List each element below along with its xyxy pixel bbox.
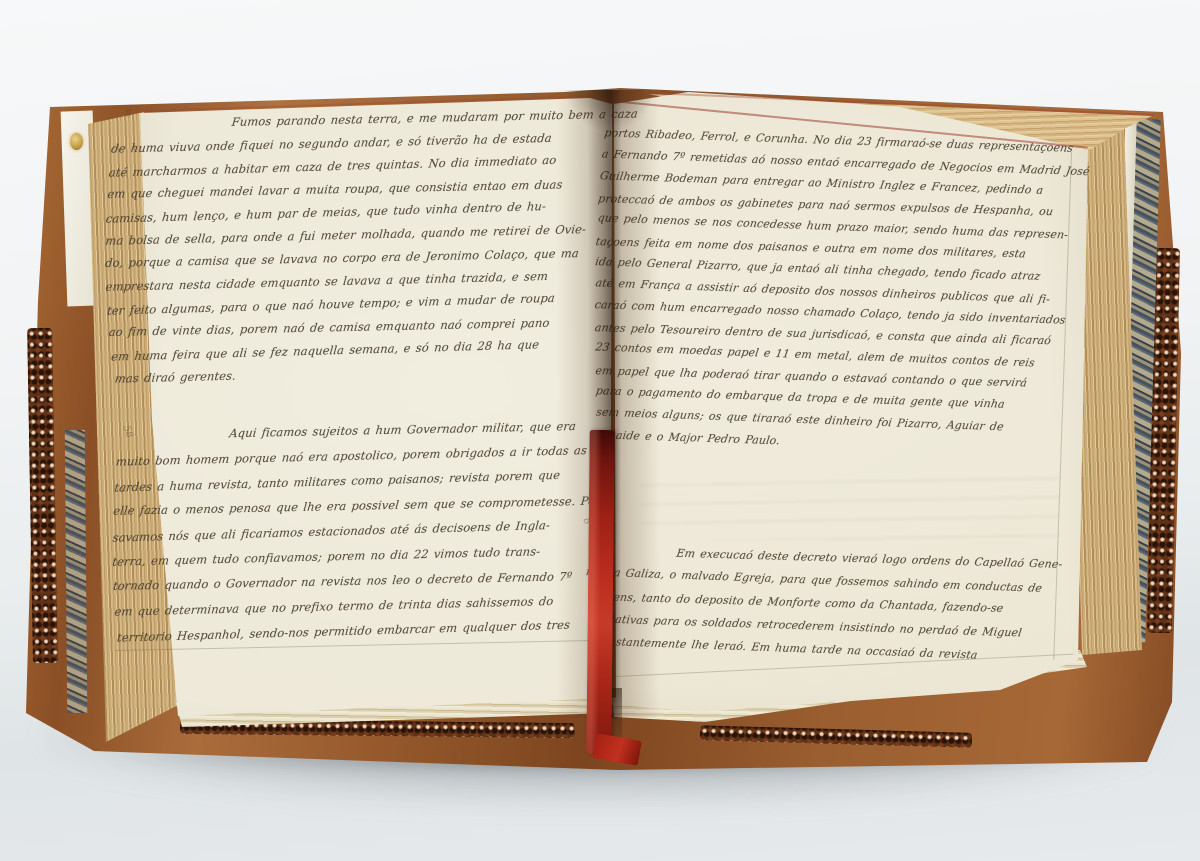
handwritten-line: elle fazia o menos penosa que lhe era po… xyxy=(113,493,608,517)
handwritten-line: Aqui ficamos sujeitos a hum Governador m… xyxy=(229,419,577,440)
handwritten-line: em que cheguei mandei lavar a muita roup… xyxy=(107,177,563,201)
handwritten-line: mas diraó gerentes. xyxy=(114,369,236,386)
marbled-endpaper-left xyxy=(65,430,87,713)
handwritten-line: Em execucaó deste decreto vieraó logo or… xyxy=(676,547,1064,571)
handwritten-line: muito bom homem porque naó era apostolic… xyxy=(115,443,587,469)
photo-background: 8 58 Fumos parando nesta terra, e me mud… xyxy=(0,0,1200,861)
handwritten-line: de huma viuva onde fiquei no segundo and… xyxy=(111,131,553,156)
handwritten-line: ao fim de vinte dias, porem naó de camis… xyxy=(108,316,550,339)
handwritten-line: tornado quando o Governador na revista n… xyxy=(112,569,573,593)
handwritten-line: em huma feira que ali se fez naquella se… xyxy=(111,337,540,363)
margin-mark: 58 xyxy=(120,424,135,440)
margin-mark: 8 xyxy=(124,108,132,120)
bookmark-ribbon xyxy=(586,430,614,754)
handwritten-line: ma bolsa de sella, para onde a fui meter… xyxy=(105,222,587,248)
handwritten-line: emprestara nesta cidade emquanto se lava… xyxy=(105,269,549,294)
handwritten-line: territorio Hespanhol, sendo-nos permitid… xyxy=(116,618,570,645)
handwritten-line: ter feito algumas, para o que naó houve … xyxy=(106,291,555,318)
handwritten-line: em que determinava que no prefixo termo … xyxy=(114,594,554,619)
handwritten-line: terra, em quem tudo confiavamos; porem n… xyxy=(112,544,541,568)
handwritten-line: tardes a huma revista, tanto militares c… xyxy=(114,468,561,495)
handwritten-line: do, porque a camisa que se lavava no cor… xyxy=(104,246,579,270)
handwritten-line: até marcharmos a habitar em caza de tres… xyxy=(108,153,557,180)
left-page-text: 8 58 Fumos parando nesta terra, e me mud… xyxy=(95,83,616,740)
handwritten-line: savamos nós que ali ficariamos estaciona… xyxy=(112,518,551,545)
handwritten-line: camisas, hum lenço, e hum par de meias, … xyxy=(105,199,546,226)
gilt-seal xyxy=(70,133,83,150)
